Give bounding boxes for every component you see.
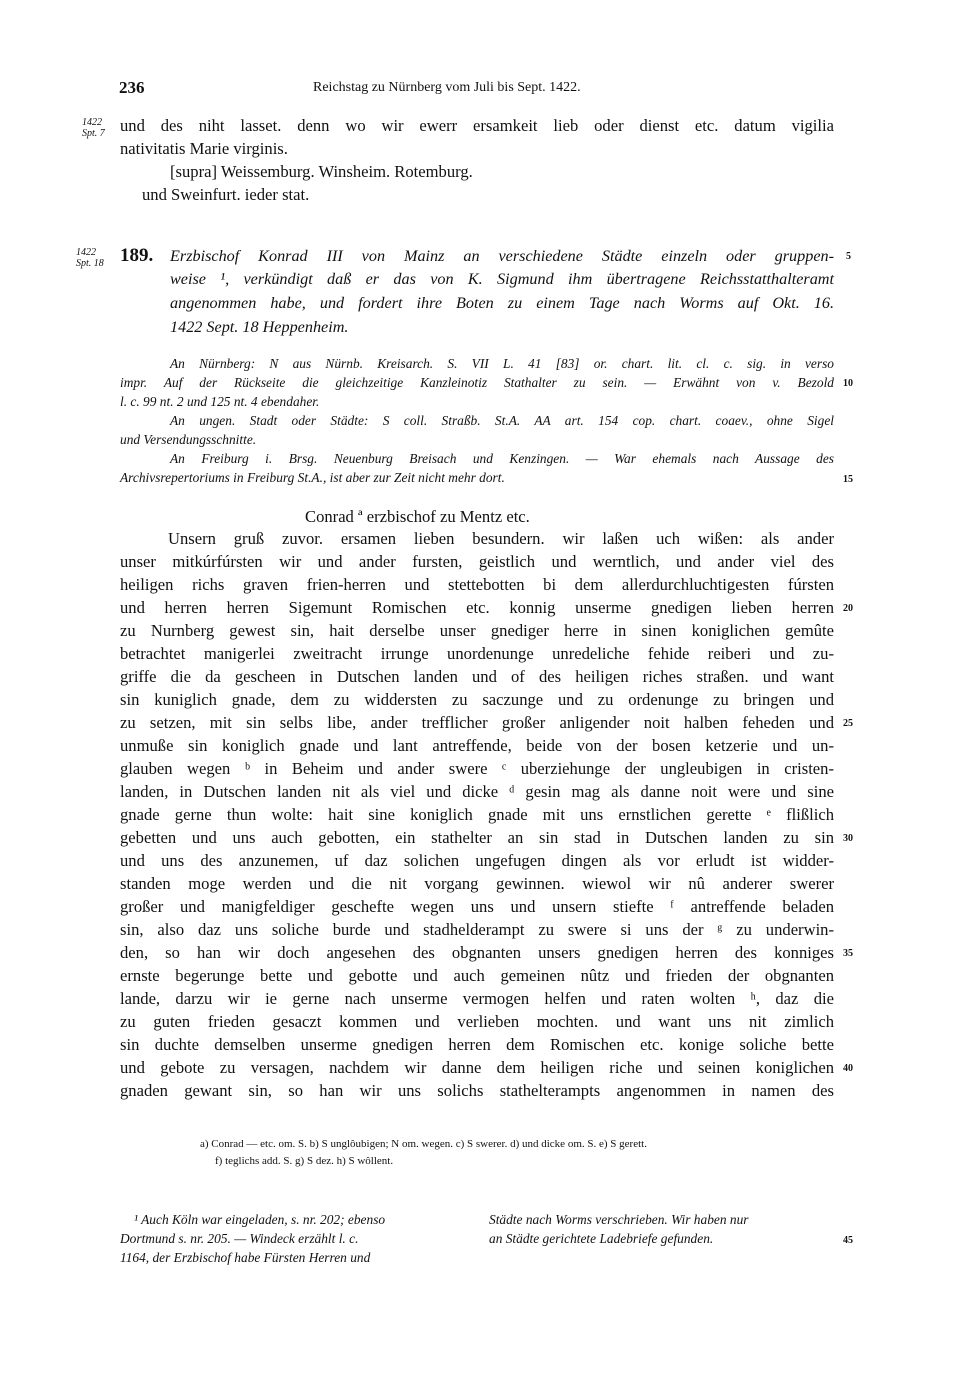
text-line: gnaden gewant sin, so han wir uns solich… [120, 1081, 834, 1101]
text-line: und gebote zu versagen, nachdem wir dann… [120, 1058, 834, 1078]
source-line: An Freiburg i. Brsg. Neuenburg Breisach … [170, 451, 834, 467]
text-line: unser mitkúrfúrsten wir und ander furste… [120, 552, 834, 572]
footnote-line: Städte nach Worms verschrieben. Wir habe… [489, 1212, 748, 1228]
regest-line: Erzbischof Konrad III von Mainz an versc… [170, 247, 834, 266]
text-line: heiligen richs graven frien-herren und s… [120, 575, 834, 595]
margin-date-year: 1422 [82, 117, 105, 128]
regest-line: angenommen habe, und fordert ihre Boten … [170, 294, 834, 313]
text-line: lande, darzu wir ie gerne nach unserme v… [120, 989, 834, 1009]
regest-line: 1422 Sept. 18 Heppenheim. [170, 318, 348, 337]
source-line: Archivsrepertoriums in Freiburg St.A., i… [120, 470, 505, 486]
line-number: 20 [843, 603, 853, 614]
source-line: impr. Auf der Rückseite die gleichzeitig… [120, 375, 834, 391]
top-line-3: [supra] Weissemburg. Winsheim. Rotemburg… [170, 162, 473, 182]
line-number: 10 [843, 378, 853, 389]
text-line: großer und manigfeldiger geschefte wegen… [120, 897, 834, 917]
line-number: 35 [843, 948, 853, 959]
text-line: standen moge werden und die nit vorgang … [120, 874, 834, 894]
footnote-line: ¹ Auch Köln war eingeladen, s. nr. 202; … [134, 1212, 385, 1228]
margin-date-day: Spt. 7 [82, 128, 105, 139]
top-line-2: nativitatis Marie virginis. [120, 139, 288, 159]
source-line: An ungen. Stadt oder Städte: S coll. Str… [170, 413, 834, 429]
line-number: 40 [843, 1063, 853, 1074]
line-number: 45 [843, 1235, 853, 1246]
text-line: ernste begerunge bette und gebotte und a… [120, 966, 834, 986]
margin-date-top: 1422 Spt. 7 [82, 117, 105, 139]
document-number: 189. [120, 245, 153, 267]
text-line: gnade gerne thun wolte: hait sine konigl… [120, 805, 834, 825]
text-line: griffe die da gescheen in Dutschen lande… [120, 667, 834, 687]
document-page: 236 Reichstag zu Nürnberg vom Juli bis S… [0, 0, 960, 1383]
text-line: zu guten frieden gesaczt kommen und verl… [120, 1012, 834, 1032]
text-line: glauben wegen ᵇ in Beheim und ander swer… [120, 759, 834, 779]
text-line: gebetten und uns auch gebotten, ein stat… [120, 828, 834, 848]
line-number: 30 [843, 833, 853, 844]
margin-date-day: Spt. 18 [76, 258, 104, 269]
text-line: und herren herren Sigemunt Romischen etc… [120, 598, 834, 618]
running-title: Reichstag zu Nürnberg vom Juli bis Sept.… [313, 80, 581, 96]
variant-note: f) teglichs add. S. g) S dez. h) S wôlle… [215, 1155, 393, 1167]
source-line: und Versendungsschnitte. [120, 432, 256, 448]
text-line: den, so han wir doch angesehen des obgna… [120, 943, 834, 963]
source-line: l. c. 99 nt. 2 und 125 nt. 4 ebendaher. [120, 394, 319, 410]
text-line: betrachtet manigerlei zweitracht irrunge… [120, 644, 834, 664]
text-line: und uns des anzunemen, uf daz solichen u… [120, 851, 834, 871]
source-line: An Nürnberg: N aus Nürnb. Kreisarch. S. … [170, 356, 834, 372]
text-line: zu setzen, mit sin selbs libe, ander tre… [120, 713, 834, 733]
regest-line: weise ¹, verkündigt daß er das von K. Si… [170, 270, 834, 289]
text-line: sin duchte demselben unserme gnedigen he… [120, 1035, 834, 1055]
page-number: 236 [119, 78, 145, 98]
text-line: sin kuniglich gnade, dem zu widdersten z… [120, 690, 834, 710]
top-line-4: und Sweinfurt. ieder stat. [142, 185, 309, 205]
footnote-line: Dortmund s. nr. 205. — Windeck erzählt l… [120, 1231, 358, 1247]
variant-note: a) Conrad — etc. om. S. b) S unglôubigen… [200, 1138, 647, 1150]
text-line: Unsern gruß zuvor. ersamen lieben besund… [168, 529, 834, 549]
text-line: landen, in Dutschen landen nit als viel … [120, 782, 834, 802]
line-number: 15 [843, 474, 853, 485]
line-number: 25 [843, 718, 853, 729]
top-line-1: und des niht lasset. denn wo wir ewerr e… [120, 116, 834, 136]
text-line: zu Nurnberg gewest sin, hait derselbe un… [120, 621, 834, 641]
text-line: unmuße sin koniglich gnade und lant antr… [120, 736, 834, 756]
margin-date-doc: 1422 Spt. 18 [76, 247, 104, 269]
footnote-line: an Städte gerichtete Ladebriefe gefunden… [489, 1231, 713, 1247]
text-line: sin, also daz uns soliche burde und stad… [120, 920, 834, 940]
salutation: Conrad ª erzbischof zu Mentz etc. [305, 507, 530, 527]
margin-date-year: 1422 [76, 247, 104, 258]
line-number: 5 [846, 251, 851, 262]
footnote-line: 1164, der Erzbischof habe Fürsten Herren… [120, 1250, 370, 1266]
